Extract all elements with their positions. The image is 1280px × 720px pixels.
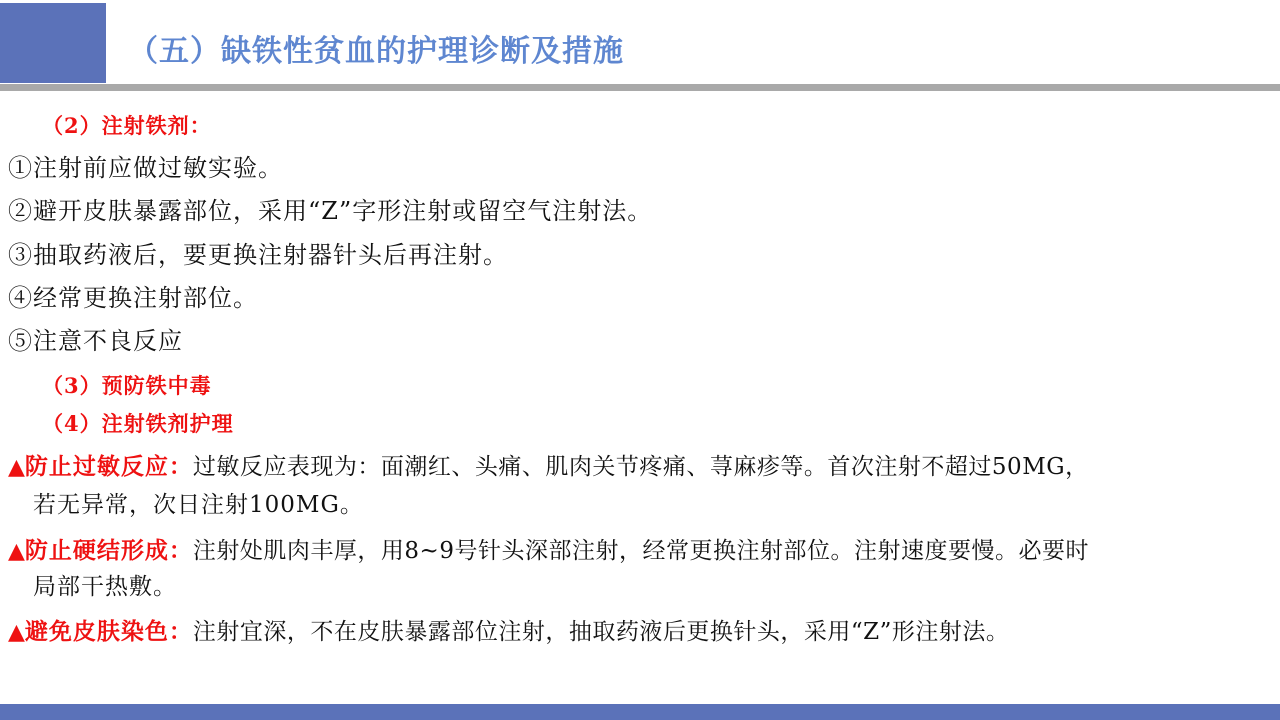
header-divider	[0, 84, 1280, 91]
numbered-item-1: ①注射前应做过敏实验。	[8, 153, 283, 183]
triangle-bullet-icon: ▲	[8, 455, 25, 480]
section-heading-2: （2）注射铁剂：	[42, 112, 212, 140]
bullet-allergy-text: 过敏反应表现为：面潮红、头痛、肌肉关节疼痛、荨麻疹等。首次注射不超过50MG，	[193, 454, 1089, 480]
bottom-accent-bar	[0, 704, 1280, 720]
bullet-induration-label: 防止硬结形成：	[25, 537, 193, 564]
bullet-staining-text: 注射宜深，不在皮肤暴露部位注射，抽取药液后更换针头，采用“Z”形注射法。	[193, 619, 1010, 645]
bullet-induration-text: 注射处肌肉丰厚，用8~9号针头深部注射，经常更换注射部位。注射速度要慢。必要时	[193, 538, 1089, 564]
numbered-item-4: ④经常更换注射部位。	[8, 283, 258, 313]
bullet-staining-line1: ▲避免皮肤染色：注射宜深，不在皮肤暴露部位注射，抽取药液后更换针头，采用“Z”形…	[8, 617, 1009, 649]
corner-accent-block	[0, 3, 106, 83]
numbered-item-2: ②避开皮肤暴露部位，采用“Z”字形注射或留空气注射法。	[8, 196, 652, 226]
bullet-allergy-line1: ▲防止过敏反应：过敏反应表现为：面潮红、头痛、肌肉关节疼痛、荨麻疹等。首次注射不…	[8, 452, 1089, 484]
section-heading-4: （4）注射铁剂护理	[42, 410, 234, 438]
page-title: （五）缺铁性贫血的护理诊断及措施	[128, 26, 624, 70]
numbered-item-5: ⑤注意不良反应	[8, 326, 183, 356]
triangle-bullet-icon: ▲	[8, 539, 25, 564]
bullet-induration-line1: ▲防止硬结形成：注射处肌肉丰厚，用8~9号针头深部注射，经常更换注射部位。注射速…	[8, 536, 1089, 568]
slide: （五）缺铁性贫血的护理诊断及措施 （2）注射铁剂： ①注射前应做过敏实验。 ②避…	[0, 0, 1280, 720]
triangle-bullet-icon: ▲	[8, 620, 25, 645]
section-heading-3: （3）预防铁中毒	[42, 372, 212, 400]
bullet-allergy-label: 防止过敏反应：	[25, 453, 193, 480]
bullet-staining-label: 避免皮肤染色：	[25, 618, 193, 645]
numbered-item-3: ③抽取药液后，要更换注射器针头后再注射。	[8, 240, 508, 270]
bullet-allergy-line2: 若无异常，次日注射100MG。	[33, 490, 364, 520]
bullet-induration-line2: 局部干热敷。	[33, 572, 177, 602]
